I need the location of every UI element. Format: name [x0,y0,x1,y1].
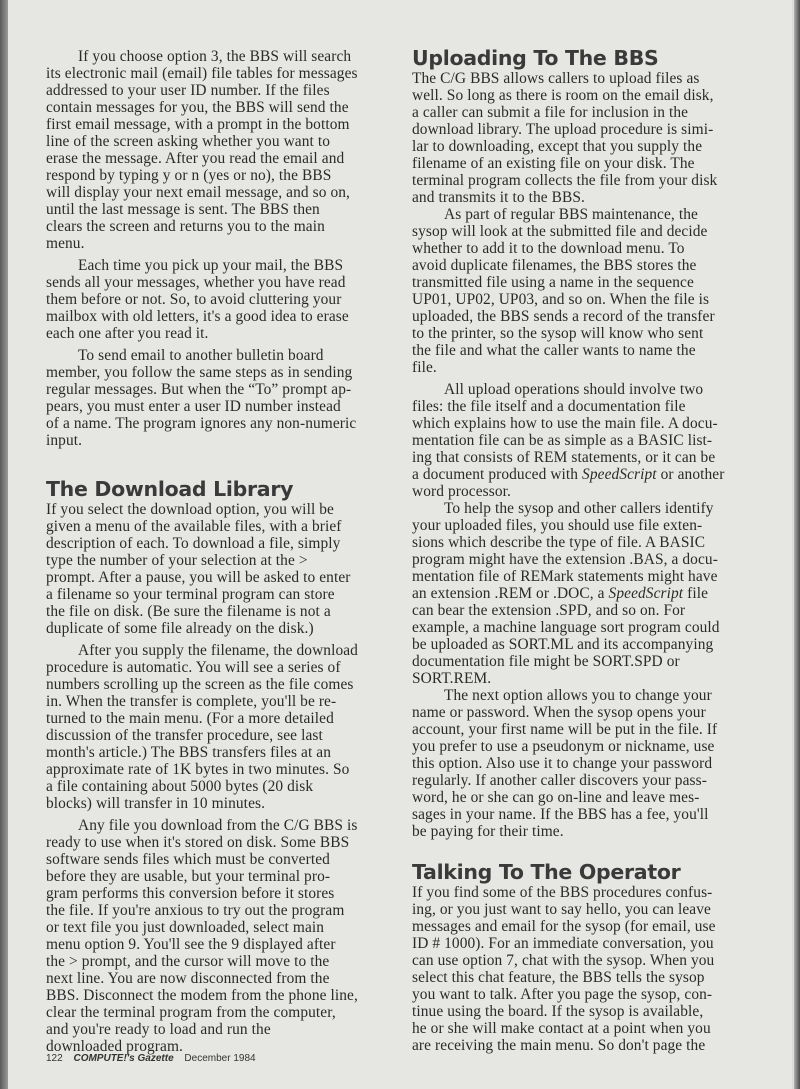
text-line: line of the screen asking whether you wa… [46,133,391,150]
text-line: its electronic mail (email) file tables … [46,65,391,82]
text-line: can bear the extension .SPD, and so on. … [412,602,797,619]
text-line: UP01, UP02, UP03, and so on. When the fi… [412,291,797,308]
upload-paragraph-1: The C/G BBS allows callers to upload fil… [412,70,797,206]
text-line: in. When the transfer is complete, you'l… [46,693,391,710]
text-line: ing, or you just want to say hello, you … [412,901,797,918]
text-line: avoid duplicate filenames, the BBS store… [412,257,797,274]
text-line: approximate rate of 1K bytes in two minu… [46,761,391,778]
text-line: this option. Also use it to change your … [412,755,797,772]
text-line: the > prompt, and the cursor will move t… [46,953,391,970]
section-heading-uploading: Uploading To The BBS [412,46,797,70]
text-line: first email message, with a prompt in th… [46,116,391,133]
text-line: your uploaded files, you should use file… [412,517,797,534]
text-line: next line. You are now disconnected from… [46,970,391,987]
text-line: software sends files which must be conve… [46,851,391,868]
text-line: contain messages for you, the BBS will s… [46,99,391,116]
text-line: example, a machine language sort program… [412,619,797,636]
download-paragraph-2: After you supply the filename, the downl… [46,642,391,812]
text-line: whether to add it to the download menu. … [412,240,797,257]
text-line: be uploaded as SORT.ML and its accompany… [412,636,797,653]
text-line: erase the message. After you read the em… [46,150,391,167]
text-line: numbers scrolling up the screen as the f… [46,676,391,693]
text-line: To help the sysop and other callers iden… [412,500,797,517]
text-line: download library. The upload procedure i… [412,121,797,138]
text-line: To send email to another bulletin board [46,347,391,364]
text-line: are receiving the main menu. So don't pa… [412,1037,797,1054]
text-line: each one after you read it. [46,325,391,342]
text-line: a document produced with SpeedScript or … [412,466,797,483]
text-line: until the last message is sent. The BBS … [46,201,391,218]
text-line: member, you follow the same steps as in … [46,364,391,381]
text-line: given a menu of the available files, wit… [46,518,391,535]
text-line: clears the screen and returns you to the… [46,218,391,235]
text-line: discussion of the transfer procedure, se… [46,727,391,744]
text-line: tinue using the board. If the sysop is a… [412,1003,797,1020]
text-line: them before or not. So, to avoid clutter… [46,291,391,308]
text-line: an extension .REM or .DOC, a SpeedScript… [412,585,797,602]
text-line: files: the file itself and a documentati… [412,398,797,415]
text-line: ready to use when it's stored on disk. S… [46,834,391,851]
text-line: filename of an existing file on your dis… [412,155,797,172]
download-paragraph-1: If you select the download option, you w… [46,501,391,637]
text-line: before they are usable, but your termina… [46,868,391,885]
text-line: input. [46,432,391,449]
text-line: word processor. [412,483,797,500]
text-line: a caller can submit a file for inclusion… [412,104,797,121]
text-line: sages in your name. If the BBS has a fee… [412,806,797,823]
text-line: sysop will look at the submitted file an… [412,223,797,240]
text-line: file. [412,359,797,376]
text-line: After you supply the filename, the downl… [46,642,391,659]
email-paragraph-2: Each time you pick up your mail, the BBS… [46,257,391,342]
text-line: duplicate of some file already on the di… [46,620,391,637]
text-line: the file on disk. (Be sure the filename … [46,603,391,620]
issue-date: December 1984 [184,1053,255,1064]
text-line: the file and what the caller wants to na… [412,342,797,359]
text-line: BBS. Disconnect the modem from the phone… [46,987,391,1004]
text-line: well. So long as there is room on the em… [412,87,797,104]
section-heading-talking-to-operator: Talking To The Operator [412,860,797,884]
email-paragraph-3: To send email to another bulletin board … [46,347,391,449]
text-line: The C/G BBS allows callers to upload fil… [412,70,797,87]
text-line: select this chat feature, the BBS tells … [412,969,797,986]
text-line: turned to the main menu. (For a more det… [46,710,391,727]
text-line: be paying for their time. [412,823,797,840]
text-line: sions which describe the type of file. A… [412,534,797,551]
text-line: mentation file of REMark statements migh… [412,568,797,585]
page-binding-shadow [0,0,8,1089]
text-line: transmitted file using a name in the seq… [412,274,797,291]
operator-paragraph-1: If you find some of the BBS procedures c… [412,884,797,1054]
text-line: All upload operations should involve two [412,381,797,398]
text-line: account, your first name will be put in … [412,721,797,738]
text-line: can use option 7, chat with the sysop. W… [412,952,797,969]
right-column: Uploading To The BBS The C/G BBS allows … [412,48,797,1054]
text-line: respond by typing y or n (yes or no), th… [46,167,391,184]
text-line: As part of regular BBS maintenance, the [412,206,797,223]
product-title: SpeedScript [582,466,657,483]
text-line: or text file you just downloaded, select… [46,919,391,936]
text-line: uploaded, the BBS sends a record of the … [412,308,797,325]
text-line: type the number of your selection at the… [46,552,391,569]
text-line: The next option allows you to change you… [412,687,797,704]
text-line: and you're ready to load and run the [46,1021,391,1038]
text-line: the file. If you're anxious to try out t… [46,902,391,919]
text-line: program might have the extension .BAS, a… [412,551,797,568]
text-line: procedure is automatic. You will see a s… [46,659,391,676]
upload-paragraph-2: As part of regular BBS maintenance, the … [412,206,797,376]
page-number: 122 [46,1053,63,1064]
upload-paragraph-4: To help the sysop and other callers iden… [412,500,797,687]
text-line: If you select the download option, you w… [46,501,391,518]
text-line: ID # 1000). For an immediate conversatio… [412,935,797,952]
email-paragraph-1: If you choose option 3, the BBS will sea… [46,48,391,252]
text-line: a file containing about 5000 bytes (20 d… [46,778,391,795]
section-heading-download-library: The Download Library [46,477,391,501]
text-line: pears, you must enter a user ID number i… [46,398,391,415]
left-column: If you choose option 3, the BBS will sea… [46,48,391,1055]
text-line: sends all your messages, whether you hav… [46,274,391,291]
text-line: which explains how to use the main file.… [412,415,797,432]
text-line: Each time you pick up your mail, the BBS [46,257,391,274]
product-title: SpeedScript [609,585,684,602]
magazine-name: COMPUTE!'s Gazette [73,1053,173,1064]
text-line: prompt. After a pause, you will be asked… [46,569,391,586]
page-footer: 122 COMPUTE!'s Gazette December 1984 [46,1053,256,1064]
text-line: If you choose option 3, the BBS will sea… [46,48,391,65]
text-line: mailbox with old letters, it's a good id… [46,308,391,325]
text-line: Any file you download from the C/G BBS i… [46,817,391,834]
text-line: mentation file can be as simple as a BAS… [412,432,797,449]
text-line: gram performs this conversion before it … [46,885,391,902]
text-line: regularly. If another caller discovers y… [412,772,797,789]
text-line: ing that consists of REM statements, or … [412,449,797,466]
text-line: you want to talk. After you page the sys… [412,986,797,1003]
text-line: will display your next email message, an… [46,184,391,201]
text-line: month's article.) The BBS transfers file… [46,744,391,761]
text-line: a filename so your terminal program can … [46,586,391,603]
text-line: clear the terminal program from the comp… [46,1004,391,1021]
text-line: you prefer to use a pseudonym or nicknam… [412,738,797,755]
text-line: If you find some of the BBS procedures c… [412,884,797,901]
text-line: regular messages. But when the “To” prom… [46,381,391,398]
text-line: he or she will make contact at a point w… [412,1020,797,1037]
text-line: to the printer, so the sysop will know w… [412,325,797,342]
text-line: blocks) will transfer in 10 minutes. [46,795,391,812]
text-line: of a name. The program ignores any non-n… [46,415,391,432]
text-line: addressed to your user ID number. If the… [46,82,391,99]
text-line: name or password. When the sysop opens y… [412,704,797,721]
upload-paragraph-3: All upload operations should involve two… [412,381,797,500]
text-line: documentation file might be SORT.SPD or [412,653,797,670]
text-line: word, he or she can go on-line and leave… [412,789,797,806]
text-line: lar to downloading, except that you supp… [412,138,797,155]
text-line: description of each. To download a file,… [46,535,391,552]
download-paragraph-3: Any file you download from the C/G BBS i… [46,817,391,1055]
text-line: and transmits it to the BBS. [412,189,797,206]
upload-paragraph-5: The next option allows you to change you… [412,687,797,840]
text-line: SORT.REM. [412,670,797,687]
text-line: menu. [46,235,391,252]
text-line: messages and email for the sysop (for em… [412,918,797,935]
text-line: terminal program collects the file from … [412,172,797,189]
text-line: menu option 9. You'll see the 9 displaye… [46,936,391,953]
